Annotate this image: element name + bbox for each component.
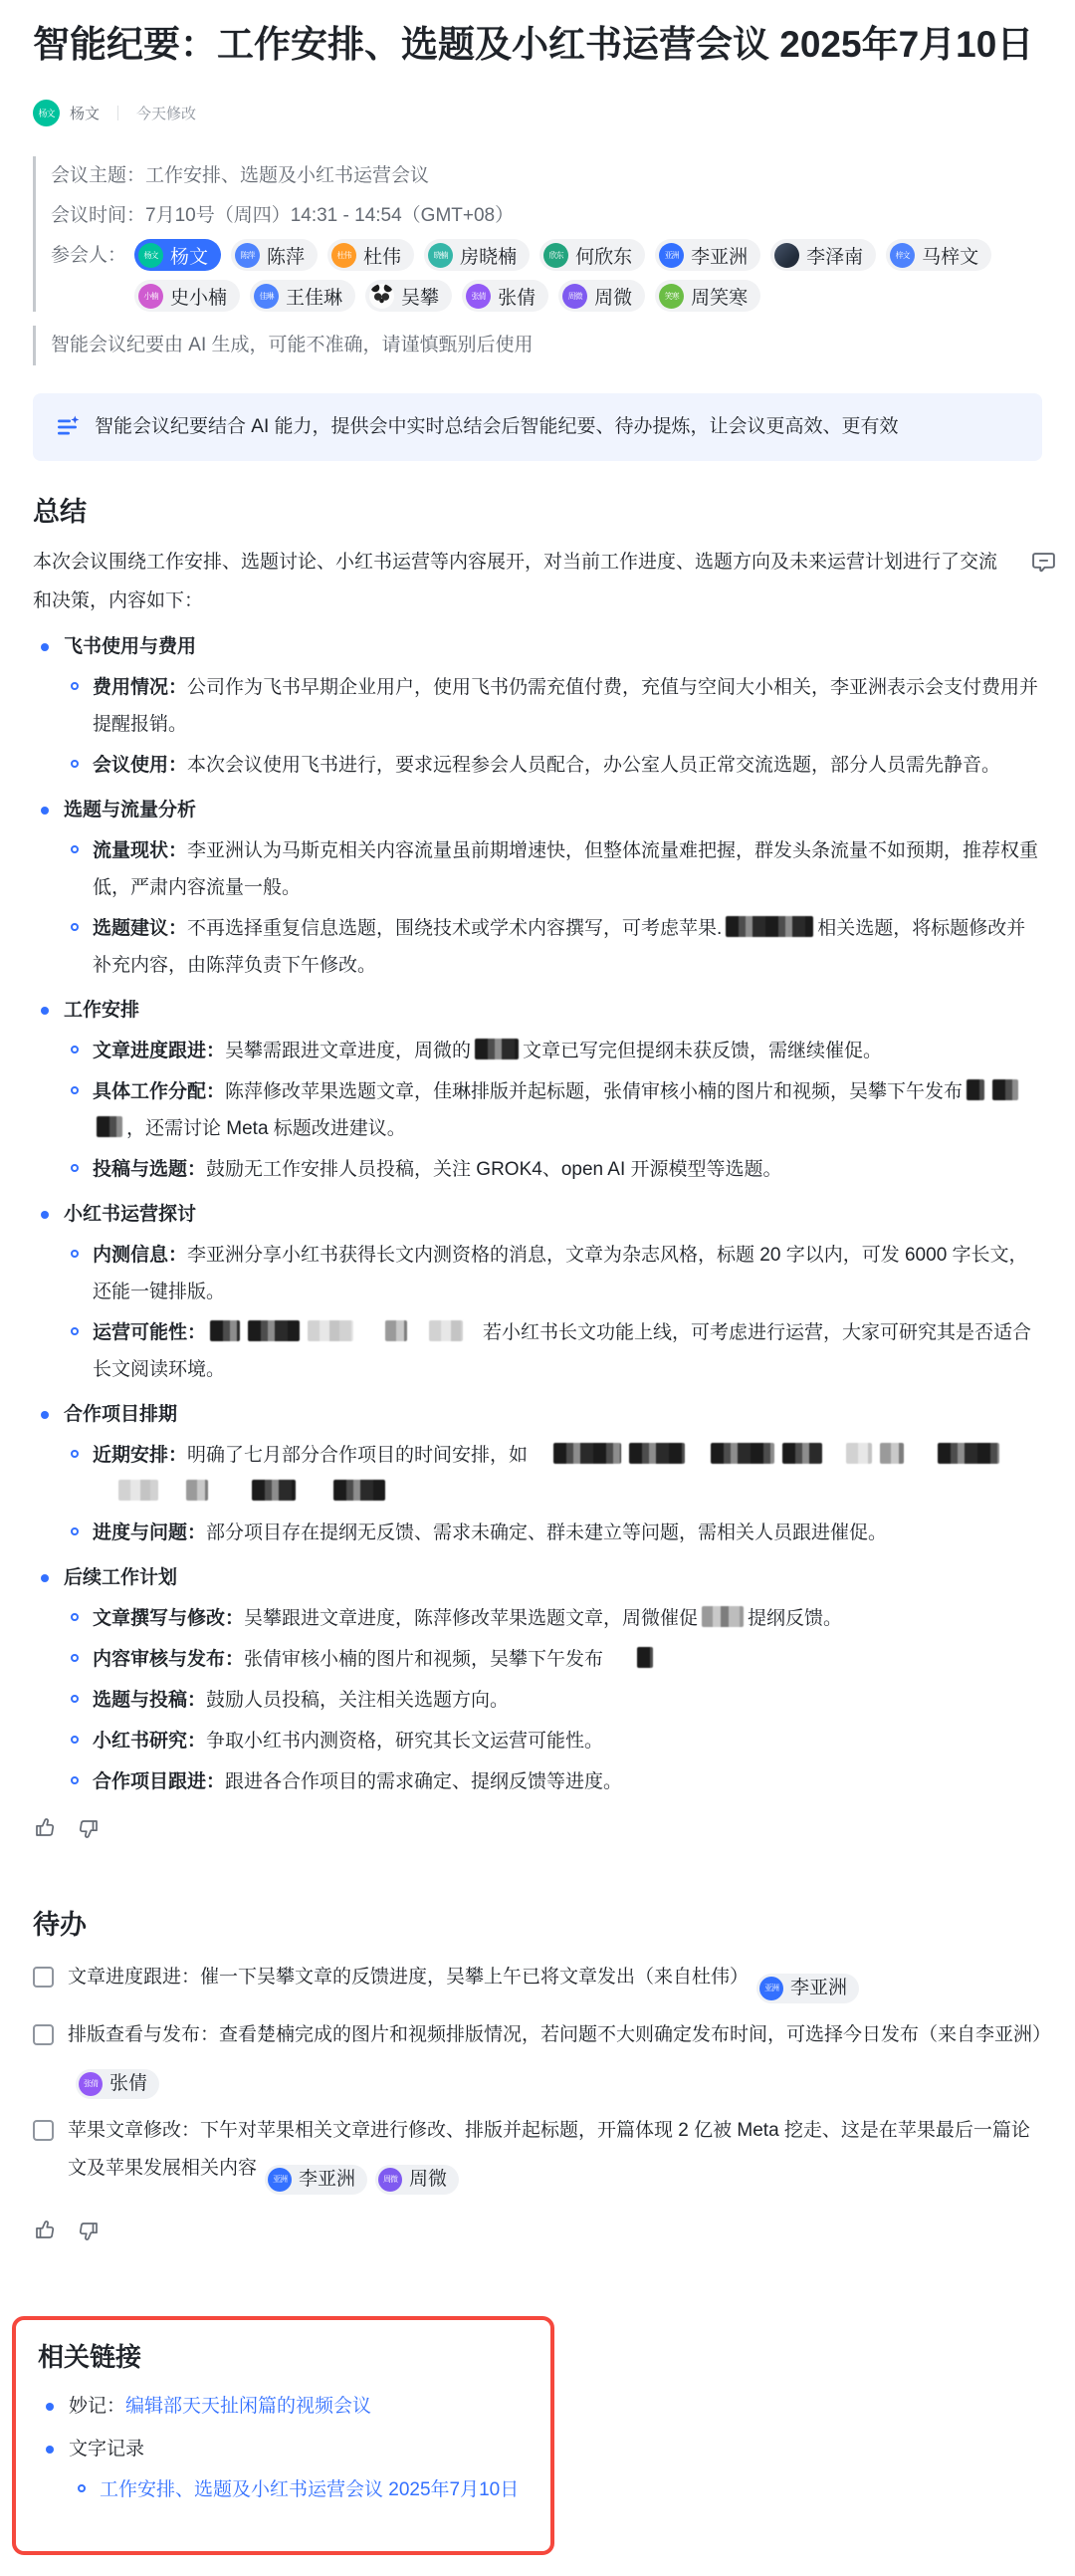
bullet-circle-icon (71, 1654, 79, 1662)
redacted-block (992, 1079, 1018, 1100)
summary-group-title: 飞书使用与费用 (64, 628, 196, 665)
last-edited-label: 今天修改 (136, 103, 196, 123)
summary-group-title: 工作安排 (64, 992, 139, 1029)
participant-name: 何欣东 (575, 242, 632, 269)
participant-name: 杜伟 (363, 242, 401, 269)
assignee-avatar: 张倩 (79, 2072, 103, 2096)
comment-icon[interactable] (1029, 548, 1058, 590)
summary-item: 具体工作分配：陈萍修改苹果选题文章，佳琳排版并起标题，张倩审核小楠的图片和视频，… (71, 1073, 1042, 1147)
summary-item: 会议使用：本次会议使用飞书进行，要求远程参会人员配合，办公室人员正常交流选题，部… (71, 747, 1042, 784)
todo-text: 苹果文章修改：下午对苹果相关文章进行修改、排版并起标题，开篇体现 2 亿被 Me… (68, 2120, 1030, 2179)
summary-item: 合作项目跟进：跟进各合作项目的需求确定、提纲反馈等进度。 (71, 1763, 1042, 1800)
todo-item: 文章进度跟进：催一下吴攀文章的反馈进度，吴攀上午已将文章发出（来自杜伟）亚洲李亚… (33, 1959, 1042, 2003)
participant-avatar: 亚洲 (659, 243, 684, 268)
participants-label: 参会人： (51, 239, 126, 273)
assignee-name: 张倩 (109, 2065, 147, 2103)
redacted-block (726, 916, 813, 937)
participant-pill[interactable]: 小楠史小楠 (134, 280, 240, 312)
assignee-avatar: 周微 (378, 2168, 402, 2192)
participant-avatar: 杜伟 (331, 243, 356, 268)
redacted-block (475, 1039, 519, 1059)
participant-avatar: 小楠 (138, 284, 163, 309)
bullet-circle-icon (71, 1527, 79, 1535)
participant-pill[interactable]: 李泽南 (770, 239, 876, 271)
summary-item: 选题与投稿：鼓励人员投稿，关注相关选题方向。 (71, 1682, 1042, 1719)
todo-text: 排版查看与发布：查看楚楠完成的图片和视频排版情况，若问题不大则确定发布时间，可选… (68, 2024, 1051, 2045)
summary-item: 小红书研究：争取小红书内测资格，研究其长文运营可能性。 (71, 1723, 1042, 1759)
thumbs-down-icon[interactable] (77, 1816, 101, 1840)
bullet-icon (46, 2403, 54, 2411)
todo-item: 苹果文章修改：下午对苹果相关文章进行修改、排版并起标题，开篇体现 2 亿被 Me… (33, 2112, 1042, 2195)
transcript-link[interactable]: 工作安排、选题及小红书运营会议 2025年7月10日 (100, 2471, 519, 2508)
participant-pill[interactable]: 吴攀 (365, 280, 452, 312)
summary-intro: 本次会议围绕工作安排、选题讨论、小红书运营等内容展开，对当前工作进度、选题方向及… (33, 543, 1042, 620)
todo-checkbox[interactable] (33, 1967, 54, 1988)
participant-name: 陈萍 (267, 242, 305, 269)
participant-pill[interactable]: 杜伟杜伟 (327, 239, 414, 271)
thumbs-up-icon[interactable] (33, 1816, 57, 1840)
assignee-pill[interactable]: 亚洲李亚洲 (756, 1974, 859, 2003)
summary-item-label: 选题建议： (93, 918, 187, 939)
bullet-circle-icon (71, 1250, 79, 1258)
participant-name: 马梓文 (922, 242, 978, 269)
summary-item: 选题建议：不再选择重复信息选题，围绕技术或学术内容撰写，可考虑苹果.相关选题，将… (71, 910, 1042, 984)
summary-item-text: 鼓励人员投稿，关注相关选题方向。 (206, 1690, 509, 1711)
summary-item-label: 小红书研究： (93, 1731, 206, 1752)
assignee-avatar: 亚洲 (268, 2168, 292, 2192)
summary-item-text: 陈萍修改苹果选题文章，佳琳排版并起标题，张倩审核小楠的图片和视频，吴攀下午发布 (225, 1081, 963, 1102)
summary-group: 选题与流量分析 流量现状：李亚洲认为马斯克相关内容流量虽前期增速快，但整体流量难… (33, 792, 1042, 984)
participant-pill[interactable]: 梓文马梓文 (886, 239, 991, 271)
redacted-block (711, 1443, 774, 1464)
redacted-block (880, 1443, 904, 1464)
summary-item: 内测信息：李亚洲分享小红书获得长文内测资格的消息，文章为杂志风格，标题 20 字… (71, 1237, 1042, 1310)
bullet-circle-icon (71, 1736, 79, 1744)
summary-item-label: 投稿与选题： (93, 1159, 206, 1180)
participant-name: 杨文 (170, 242, 208, 269)
participant-avatar: 陈萍 (235, 243, 260, 268)
bullet-circle-icon (71, 1613, 79, 1621)
participant-pill[interactable]: 笑寒周笑寒 (655, 280, 760, 312)
bullet-circle-icon (71, 682, 79, 690)
summary-item: 内容审核与发布：张倩审核小楠的图片和视频，吴攀下午发布 (71, 1641, 1042, 1678)
assignee-name: 李亚洲 (790, 1970, 847, 2007)
participant-pill[interactable]: 佳琳王佳琳 (250, 280, 355, 312)
assignee-pill[interactable]: 周微周微 (375, 2165, 459, 2195)
participant-avatar: 周微 (562, 284, 587, 309)
bullet-icon (41, 1411, 49, 1419)
summary-item: 进度与问题：部分项目存在提纲无反馈、需求未确定、群未建立等问题，需相关人员跟进催… (71, 1515, 1042, 1551)
related-links-highlight-box: 相关链接 妙记：编辑部天天扯闲篇的视频会议 文字记录 工作安排、选题及小红书运营… (12, 2316, 554, 2555)
participant-name: 周微 (594, 283, 632, 310)
bullet-circle-icon (71, 1086, 79, 1094)
participants-list: 杨文杨文 陈萍陈萍 杜伟杜伟 晓楠房晓楠 欣东何欣东 亚洲李亚洲 李泽南 梓文马… (134, 239, 1030, 312)
todo-checkbox[interactable] (33, 2120, 54, 2141)
bullet-icon (41, 1574, 49, 1582)
redacted-block (118, 1480, 158, 1501)
summary-item-label: 内容审核与发布： (93, 1649, 244, 1670)
redacted-block (429, 1320, 463, 1341)
bullet-circle-icon (71, 1327, 79, 1335)
ai-disclaimer: 智能会议纪要由 AI 生成，可能不准确，请谨慎甄别后使用 (33, 326, 1042, 365)
bullet-circle-icon (71, 845, 79, 853)
thumbs-up-icon[interactable] (33, 2219, 57, 2242)
participant-pill[interactable]: 杨文杨文 (134, 239, 221, 271)
redacted-block (967, 1079, 984, 1100)
participant-name: 张倩 (498, 283, 536, 310)
summary-item-label: 会议使用： (93, 755, 187, 776)
participant-name: 王佳琳 (286, 283, 342, 310)
participant-avatar: 梓文 (890, 243, 915, 268)
participant-avatar: 晓楠 (428, 243, 453, 268)
meeting-topic: 会议主题：工作安排、选题及小红书运营会议 (51, 156, 1042, 196)
summary-heading: 总结 (33, 491, 1042, 533)
summary-item-text: 鼓励无工作安排人员投稿，关注 GROK4、open AI 开源模型等选题。 (206, 1159, 782, 1180)
summary-item-label: 具体工作分配： (93, 1081, 225, 1102)
summary-group: 飞书使用与费用 费用情况：公司作为飞书早期企业用户，使用飞书仍需充值付费，充值与… (33, 628, 1042, 784)
redacted-block (248, 1320, 300, 1341)
assignee-avatar: 亚洲 (759, 1977, 783, 2000)
todo-item: 排版查看与发布：查看楚楠完成的图片和视频排版情况，若问题不大则确定发布时间，可选… (33, 2016, 1042, 2099)
summary-item-text: 李亚洲分享小红书获得长文内测资格的消息，文章为杂志风格，标题 20 字以内，可发… (93, 1245, 1028, 1302)
minutes-label: 妙记： (69, 2396, 125, 2417)
bullet-circle-icon (71, 1164, 79, 1172)
bullet-circle-icon (71, 1776, 79, 1784)
summary-group-title: 后续工作计划 (64, 1559, 177, 1596)
participant-avatar: 杨文 (138, 243, 163, 268)
summary-item-label: 选题与投稿： (93, 1690, 206, 1711)
summary-group: 后续工作计划 文章撰写与修改：吴攀跟进文章进度，陈萍修改苹果选题文章，周微催促提… (33, 1559, 1042, 1800)
redacted-block (782, 1443, 822, 1464)
summary-item-text: 争取小红书内测资格，研究其长文运营可能性。 (206, 1731, 603, 1752)
participant-avatar-photo (774, 243, 799, 268)
summary-item-text: ，还需讨论 Meta 标题改进建议。 (126, 1118, 406, 1139)
bullet-circle-icon (71, 760, 79, 768)
bullet-icon (41, 643, 49, 651)
redacted-block (938, 1443, 999, 1464)
participant-pill[interactable]: 周微周微 (558, 280, 645, 312)
redacted-block (97, 1116, 122, 1137)
todo-text: 文章进度跟进：催一下吴攀文章的反馈进度，吴攀上午已将文章发出（来自杜伟） (68, 1967, 749, 1988)
participant-pill[interactable]: 陈萍陈萍 (231, 239, 318, 271)
bullet-icon (41, 1211, 49, 1219)
participant-avatar: 欣东 (543, 243, 568, 268)
assignee-name: 周微 (409, 2161, 447, 2199)
summary-item: 运营可能性：若小红书长文功能上线，可考虑进行运营，大家可研究其是否适合长文阅读环… (71, 1314, 1042, 1388)
summary-item-text: 跟进各合作项目的需求确定、提纲反馈等进度。 (225, 1771, 622, 1792)
summary-group: 工作安排 文章进度跟进：吴攀需跟进文章进度，周微的文章已写完但提纲未获反馈，需继… (33, 992, 1042, 1188)
redacted-block (846, 1443, 872, 1464)
summary-item-label: 内测信息： (93, 1245, 187, 1266)
assignee-name: 李亚洲 (299, 2161, 355, 2199)
document-page: 智能纪要：工作安排、选题及小红书运营会议 2025年7月10日 杨文 杨文 今天… (0, 0, 1075, 2555)
todo-heading: 待办 (33, 1904, 1042, 1946)
assignee-pill[interactable]: 张倩张倩 (76, 2069, 159, 2099)
summary-item-text: 吴攀需跟进文章进度，周微的 (225, 1041, 471, 1061)
ai-banner: 智能会议纪要结合 AI 能力，提供会中实时总结会后智能纪要、待办提炼，让会议更高… (33, 393, 1042, 461)
participant-name: 吴攀 (401, 283, 439, 310)
redacted-block (333, 1480, 385, 1501)
participant-name: 房晓楠 (460, 242, 517, 269)
document-title: 智能纪要：工作安排、选题及小红书运营会议 2025年7月10日 (33, 14, 1042, 76)
redacted-block (186, 1480, 208, 1501)
summary-item-text: 提纲反馈。 (748, 1608, 842, 1629)
summary-group: 合作项目排期 近期安排：明确了七月部分合作项目的时间安排，如 进度与问题：部分项… (33, 1396, 1042, 1551)
bullet-circle-icon (71, 1046, 79, 1054)
bullet-circle-icon (71, 923, 79, 931)
thumbs-down-icon[interactable] (77, 2219, 101, 2242)
summary-item-text: 李亚洲认为马斯克相关内容流量虽前期增速快，但整体流量难把握，群发头条流量不如预期… (93, 840, 1038, 898)
redacted-block (629, 1443, 685, 1464)
redacted-block (553, 1443, 621, 1464)
ai-summary-icon (55, 414, 81, 440)
participants-row: 参会人： 杨文杨文 陈萍陈萍 杜伟杜伟 晓楠房晓楠 欣东何欣东 亚洲李亚洲 李泽… (51, 239, 1042, 312)
summary-item-label: 合作项目跟进： (93, 1771, 225, 1792)
todo-checkbox[interactable] (33, 2024, 54, 2045)
redacted-block (385, 1320, 407, 1341)
summary-item-text: 文章已写完但提纲未获反馈，需继续催促。 (523, 1041, 882, 1061)
participant-name: 李亚洲 (691, 242, 748, 269)
summary-group-title: 选题与流量分析 (64, 792, 196, 828)
todo-list: 文章进度跟进：催一下吴攀文章的反馈进度，吴攀上午已将文章发出（来自杜伟）亚洲李亚… (33, 1959, 1042, 2195)
summary-item: 近期安排：明确了七月部分合作项目的时间安排，如 (71, 1437, 1042, 1511)
summary-item-label: 文章进度跟进： (93, 1041, 225, 1061)
summary-item-label: 流量现状： (93, 840, 187, 861)
summary-item-text: 明确了七月部分合作项目的时间安排，如 (187, 1445, 528, 1466)
bullet-circle-icon (71, 1695, 79, 1703)
participant-pill[interactable]: 亚洲李亚洲 (655, 239, 760, 271)
author-avatar[interactable]: 杨文 (33, 100, 60, 126)
summary-item: 文章撰写与修改：吴攀跟进文章进度，陈萍修改苹果选题文章，周微催促提纲反馈。 (71, 1600, 1042, 1637)
transcript-label: 文字记录 (69, 2431, 144, 2467)
todo-feedback (33, 2219, 1042, 2242)
divider (117, 106, 118, 120)
summary-item-label: 进度与问题： (93, 1522, 206, 1543)
redacted-block (702, 1606, 744, 1627)
summary-feedback (33, 1816, 1042, 1840)
summary-item-label: 费用情况： (93, 677, 187, 698)
redacted-block (308, 1320, 353, 1341)
bullet-circle-icon (78, 2484, 86, 2492)
summary-group: 小红书运营探讨 内测信息：李亚洲分享小红书获得长文内测资格的消息，文章为杂志风格… (33, 1196, 1042, 1388)
summary-item-text: 张倩审核小楠的图片和视频，吴攀下午发布 (244, 1649, 603, 1670)
author-name[interactable]: 杨文 (70, 103, 100, 123)
meeting-info-block: 会议主题：工作安排、选题及小红书运营会议 会议时间：7月10号（周四）14:31… (33, 156, 1042, 312)
summary-intro-text: 本次会议围绕工作安排、选题讨论、小红书运营等内容展开，对当前工作进度、选题方向及… (33, 552, 997, 611)
participant-avatar: 佳琳 (254, 284, 279, 309)
summary-item-text: 本次会议使用飞书进行，要求远程参会人员配合，办公室人员正常交流选题，部分人员需先… (187, 755, 1000, 776)
ai-banner-text: 智能会议纪要结合 AI 能力，提供会中实时总结会后智能纪要、待办提炼，让会议更高… (95, 414, 899, 440)
summary-item: 费用情况：公司作为飞书早期企业用户，使用飞书仍需充值付费，充值与空间大小相关，李… (71, 669, 1042, 743)
participant-pill[interactable]: 晓楠房晓楠 (424, 239, 530, 271)
participant-pill[interactable]: 欣东何欣东 (539, 239, 645, 271)
summary-group-title: 合作项目排期 (64, 1396, 177, 1433)
summary-group-title: 小红书运营探讨 (64, 1196, 196, 1233)
summary-item: 文章进度跟进：吴攀需跟进文章进度，周微的文章已写完但提纲未获反馈，需继续催促。 (71, 1033, 1042, 1069)
assignee-pill[interactable]: 亚洲李亚洲 (265, 2165, 367, 2195)
redacted-block (637, 1647, 653, 1668)
participant-name: 史小楠 (170, 283, 227, 310)
summary-item-text: 吴攀跟进文章进度，陈萍修改苹果选题文章，周微催促 (244, 1608, 698, 1629)
meeting-time: 会议时间：7月10号（周四）14:31 - 14:54（GMT+08） (51, 196, 1042, 236)
summary-item-label: 文章撰写与修改： (93, 1608, 244, 1629)
summary-item-text: 不再选择重复信息选题，围绕技术或学术内容撰写，可考虑苹果. (187, 918, 722, 939)
redacted-block (252, 1480, 296, 1501)
summary-item-label: 运营可能性： (93, 1322, 206, 1343)
redacted-block (210, 1320, 240, 1341)
participant-name: 李泽南 (806, 242, 863, 269)
participant-avatar: 笑寒 (659, 284, 684, 309)
minutes-link[interactable]: 编辑部天天扯闲篇的视频会议 (125, 2396, 371, 2417)
related-links-list: 妙记：编辑部天天扯闲篇的视频会议 文字记录 工作安排、选题及小红书运营会议 20… (38, 2388, 529, 2508)
bullet-icon (41, 807, 49, 815)
summary-item-text: 部分项目存在提纲无反馈、需求未确定、群未建立等问题，需相关人员跟进催促。 (206, 1522, 887, 1543)
participant-avatar: 张倩 (466, 284, 491, 309)
summary-item-label: 近期安排： (93, 1445, 187, 1466)
summary-item: 流量现状：李亚洲认为马斯克相关内容流量虽前期增速快，但整体流量难把握，群发头条流… (71, 832, 1042, 906)
summary-item: 投稿与选题：鼓励无工作安排人员投稿，关注 GROK4、open AI 开源模型等… (71, 1151, 1042, 1188)
participant-name: 周笑寒 (691, 283, 748, 310)
ai-disclaimer-text: 智能会议纪要由 AI 生成，可能不准确，请谨慎甄别后使用 (51, 326, 1042, 365)
bullet-icon (46, 2446, 54, 2454)
author-row: 杨文 杨文 今天修改 (33, 100, 1042, 126)
participant-pill[interactable]: 张倩张倩 (462, 280, 548, 312)
participant-avatar-panda (369, 284, 394, 309)
bullet-icon (41, 1007, 49, 1015)
bullet-circle-icon (71, 1450, 79, 1458)
summary-item-text: 公司作为飞书早期企业用户，使用飞书仍需充值付费，充值与空间大小相关，李亚洲表示会… (93, 677, 1038, 735)
related-links-heading: 相关链接 (38, 2336, 529, 2378)
